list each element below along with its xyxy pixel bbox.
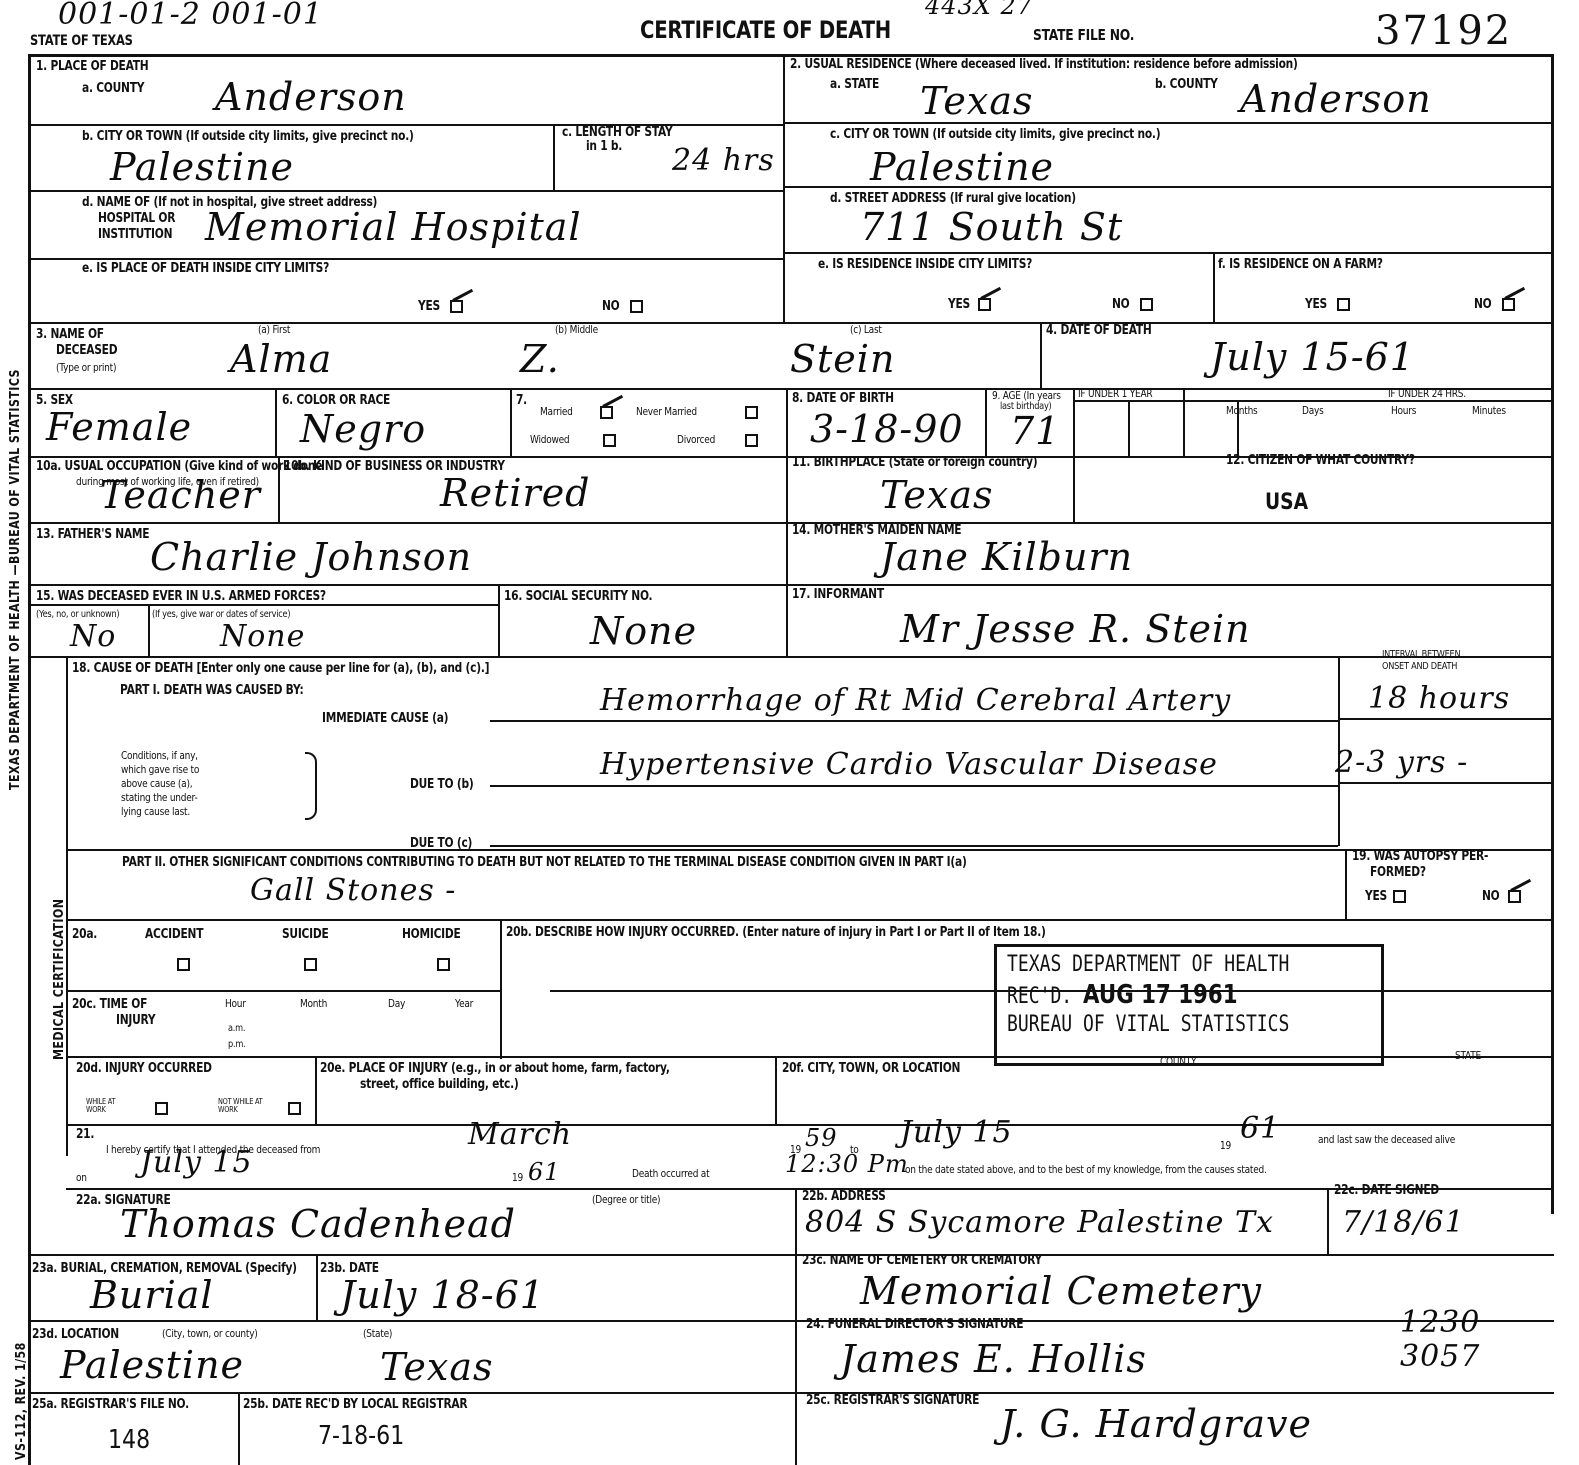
received-stamp: TEXAS DEPARTMENT OF HEALTH REC'D. AUG 17… [994, 944, 1384, 1066]
suicide-checkbox[interactable] [304, 958, 317, 971]
residence-street-label: d. STREET ADDRESS (If rural give locatio… [830, 192, 1076, 206]
conditions-note-3: above cause (a), [121, 778, 192, 790]
minutes-label: Minutes [1472, 405, 1506, 417]
informant-value: Mr Jesse R. Stein [900, 610, 1251, 648]
time-of-injury-label-2: INJURY [116, 1014, 155, 1028]
residence-state-label: a. STATE [830, 78, 879, 92]
last-seen-year-prefix: 19 [512, 1172, 523, 1184]
hospital-label-2: HOSPITAL OR [98, 212, 175, 226]
am-label: a.m. [228, 1024, 245, 1035]
attended-to-year: 61 [1240, 1114, 1280, 1144]
certification-text-3: on the date stated above, and to the bes… [905, 1164, 1267, 1176]
year-label: Year [455, 998, 473, 1010]
death-inside-city-no-checkbox[interactable] [630, 300, 643, 313]
registrar-file-no-value: 148 [108, 1425, 150, 1455]
burial-date-value: July 18-61 [340, 1276, 545, 1314]
month-label: Month [300, 998, 327, 1010]
certificate-title: CERTIFICATE OF DEATH [640, 18, 891, 43]
state-file-no-label: STATE FILE NO. [1033, 28, 1134, 44]
age-value: 71 [1010, 412, 1060, 450]
certification-number: 21. [76, 1128, 94, 1142]
medical-certification-label: MEDICAL CERTIFICATION [52, 899, 67, 1060]
date-of-death-label: 4. DATE OF DEATH [1046, 324, 1152, 338]
armed-forces-war-value: None [220, 622, 305, 652]
death-inside-city-yes-checkbox[interactable] [450, 300, 463, 313]
due-to-b-value: Hypertensive Cardio Vascular Disease [600, 750, 1218, 780]
hour-label: Hour [225, 998, 246, 1010]
mother-value: Jane Kilburn [880, 538, 1133, 576]
under-1-year-label: IF UNDER 1 YEAR [1078, 388, 1152, 400]
deceased-name-label-2: DECEASED [56, 344, 117, 358]
length-of-stay-label: c. LENGTH OF STAY [562, 126, 672, 140]
deceased-name-label-3: (Type or print) [56, 362, 116, 374]
first-name-value: Alma [230, 340, 332, 378]
residence-inside-city-label: e. IS RESIDENCE INSIDE CITY LIMITS? [818, 258, 1032, 272]
residence-inside-city-yes-checkbox[interactable] [978, 298, 991, 311]
autopsy-yes-label: YES [1365, 890, 1387, 904]
autopsy-yes-checkbox[interactable] [1393, 890, 1406, 903]
marital-label: 7. [516, 394, 527, 408]
date-signed-label: 22c. DATE SIGNED [1334, 1184, 1439, 1198]
farm-label: f. IS RESIDENCE ON A FARM? [1218, 258, 1383, 272]
autopsy-label-2: FORMED? [1370, 866, 1426, 880]
race-value: Negro [300, 410, 426, 448]
ssn-label: 16. SOCIAL SECURITY NO. [504, 590, 652, 604]
physician-address-label: 22b. ADDRESS [802, 1190, 886, 1204]
interval-label: INTERVAL BETWEEN [1382, 650, 1460, 661]
residence-city-value: Palestine [870, 148, 1054, 186]
hours-label: Hours [1391, 405, 1416, 417]
interval-b-value: 2-3 yrs - [1335, 748, 1468, 778]
birthplace-value: Texas [880, 476, 993, 514]
injury-state-label: STATE [1455, 1050, 1481, 1062]
state-label: STATE OF TEXAS [30, 34, 133, 49]
residence-street-value: 711 South St [860, 208, 1123, 246]
citizen-label: 12. CITIZEN OF WHAT COUNTRY? [1226, 454, 1415, 468]
race-label: 6. COLOR OR RACE [282, 394, 390, 408]
cemetery-value: Memorial Cemetery [860, 1272, 1262, 1310]
day-label: Day [388, 998, 405, 1010]
dob-label: 8. DATE OF BIRTH [792, 392, 894, 406]
place-of-death-label: 1. PLACE OF DEATH [36, 60, 148, 74]
handwritten-file-codes: 001-01-2 001-01 [58, 0, 323, 30]
days-label: Days [1302, 405, 1324, 417]
injury-occurred-label: 20d. INJURY OCCURRED [76, 1062, 212, 1076]
marital-never-married-checkbox[interactable] [745, 406, 758, 419]
local-registrar-date-value: 7-18-61 [318, 1421, 404, 1451]
marital-widowed-label: Widowed [530, 434, 569, 446]
handwritten-code-right: 443X 27 [925, 0, 1033, 18]
residence-county-label: b. COUNTY [1155, 78, 1218, 92]
residence-city-label: c. CITY OR TOWN (If outside city limits,… [830, 128, 1160, 142]
certification-text-2: and last saw the deceased alive [1318, 1134, 1455, 1146]
stamp-line-2: REC'D. AUG 17 1961 [1007, 979, 1305, 1012]
not-while-at-work-checkbox[interactable] [288, 1102, 301, 1115]
immediate-cause-value: Hemorrhage of Rt Mid Cerebral Artery [600, 686, 1231, 716]
registrar-signature-label: 25c. REGISTRAR'S SIGNATURE [806, 1394, 979, 1408]
registrar-signature: J. G. Hardgrave [1000, 1405, 1312, 1443]
location-state-value: Texas [380, 1348, 493, 1386]
marital-divorced-label: Divorced [677, 434, 715, 446]
farm-no-label: NO [1474, 298, 1492, 312]
deceased-name-label: 3. NAME OF [36, 328, 104, 342]
location-sublabel: (City, town, or county) [162, 1328, 258, 1340]
injury-type-label: 20a. [72, 928, 97, 942]
attended-from-month: March [468, 1120, 572, 1150]
suicide-label: SUICIDE [282, 928, 329, 942]
physician-signature: Thomas Cadenhead [120, 1205, 516, 1243]
citizen-value: USA [1265, 490, 1308, 515]
funeral-director-signature: James E. Hollis [840, 1340, 1147, 1378]
residence-inside-city-yes-label: YES [948, 298, 970, 312]
marital-married-checkbox[interactable] [600, 406, 613, 419]
death-city-label: b. CITY OR TOWN (If outside city limits,… [82, 130, 414, 144]
autopsy-label: 19. WAS AUTOPSY PER- [1352, 850, 1488, 864]
ssn-value: None [590, 612, 697, 650]
first-name-label: (a) First [258, 324, 290, 336]
occupation-label: 10a. USUAL OCCUPATION (Give kind of work… [36, 460, 322, 474]
while-at-work-checkbox[interactable] [155, 1102, 168, 1115]
place-of-injury-label-2: street, office building, etc.) [360, 1078, 519, 1092]
marital-never-married-label: Never Married [636, 406, 697, 418]
length-of-stay-value: 24 hrs [672, 146, 775, 176]
father-value: Charlie Johnson [150, 538, 472, 576]
conditions-note-1: Conditions, if any, [121, 750, 198, 762]
occupation-value: Teacher [100, 476, 261, 514]
part2-value: Gall Stones - [250, 876, 456, 906]
autopsy-no-checkbox[interactable] [1508, 890, 1521, 903]
funeral-director-no-1: 1230 [1400, 1308, 1480, 1338]
immediate-cause-label: IMMEDIATE CAUSE (a) [322, 712, 448, 726]
stamp-line-3: BUREAU OF VITAL STATISTICS [1007, 1011, 1305, 1039]
physician-address-value: 804 S Sycamore Palestine Tx [805, 1208, 1274, 1238]
stamp-line-1: TEXAS DEPARTMENT OF HEALTH [1007, 951, 1305, 979]
to-year-prefix: 19 [1220, 1140, 1231, 1152]
dob-value: 3-18-90 [810, 410, 964, 448]
residence-inside-city-no-label: NO [1112, 298, 1130, 312]
injury-city-label: 20f. CITY, TOWN, OR LOCATION [782, 1062, 960, 1076]
farm-yes-checkbox[interactable] [1337, 298, 1350, 311]
stamp-received-prefix: REC'D. [1007, 984, 1072, 1009]
homicide-label: HOMICIDE [402, 928, 461, 942]
last-name-value: Stein [790, 340, 895, 378]
months-label: Months [1226, 405, 1258, 417]
burial-value: Burial [90, 1276, 214, 1314]
state-file-no: 37192 [1375, 8, 1512, 54]
death-time-value: 12:30 Pm [785, 1152, 909, 1176]
location-value: Palestine [60, 1346, 244, 1384]
time-of-injury-label: 20c. TIME OF [72, 998, 147, 1012]
conditions-note-4: stating the under- [121, 792, 197, 804]
death-occurred-label: Death occurred at [632, 1168, 709, 1180]
form-revision: VS-112, REV. 1/58 [14, 1342, 29, 1460]
middle-name-value: Z. [520, 340, 560, 378]
death-county-label: a. COUNTY [82, 82, 144, 96]
age-label: 9. AGE (In years [992, 390, 1061, 402]
hospital-value: Memorial Hospital [205, 208, 582, 246]
funeral-director-label: 24. FUNERAL DIRECTOR'S SIGNATURE [806, 1318, 1023, 1332]
part1-label: PART I. DEATH WAS CAUSED BY: [120, 684, 304, 698]
marital-divorced-checkbox[interactable] [745, 434, 758, 447]
death-city-value: Palestine [110, 148, 294, 186]
describe-injury-label: 20b. DESCRIBE HOW INJURY OCCURRED. (Ente… [506, 926, 1046, 940]
death-inside-city-no-label: NO [602, 300, 620, 314]
autopsy-no-label: NO [1482, 890, 1500, 904]
accident-checkbox[interactable] [177, 958, 190, 971]
residence-inside-city-no-checkbox[interactable] [1140, 298, 1153, 311]
sex-value: Female [46, 408, 192, 446]
marital-married-label: Married [540, 406, 573, 418]
residence-label: 2. USUAL RESIDENCE (Where deceased lived… [790, 58, 1298, 72]
funeral-director-no-2: 3057 [1400, 1342, 1480, 1372]
last-name-label: (c) Last [850, 324, 882, 336]
residence-state-value: Texas [920, 82, 1033, 120]
not-while-at-work-label: NOT WHILE AT WORK [218, 1098, 267, 1115]
interval-a-value: 18 hours [1368, 684, 1510, 714]
degree-label: (Degree or title) [592, 1194, 660, 1206]
place-of-injury-label: 20e. PLACE OF INJURY (e.g., in or about … [320, 1062, 670, 1076]
death-county-value: Anderson [215, 78, 407, 116]
attended-to-date: July 15 [900, 1118, 1013, 1148]
due-to-c-label: DUE TO (c) [410, 837, 472, 851]
last-seen-date: July 15 [140, 1148, 253, 1178]
conditions-note-2: which gave rise to [121, 764, 199, 776]
middle-name-label: (b) Middle [555, 324, 598, 336]
under-24-hrs-label: IF UNDER 24 HRS. [1388, 388, 1466, 400]
location-label: 23d. LOCATION [32, 1328, 119, 1342]
armed-forces-label: 15. WAS DECEASED EVER IN U.S. ARMED FORC… [36, 590, 326, 604]
marital-widowed-checkbox[interactable] [603, 434, 616, 447]
residence-county-value: Anderson [1240, 80, 1432, 118]
part2-label: PART II. OTHER SIGNIFICANT CONDITIONS CO… [122, 856, 967, 870]
informant-label: 17. INFORMANT [792, 588, 884, 602]
pm-label: p.m. [228, 1040, 245, 1051]
cause-of-death-label: 18. CAUSE OF DEATH [Enter only one cause… [72, 662, 489, 676]
homicide-checkbox[interactable] [437, 958, 450, 971]
interval-label-2: ONSET AND DEATH [1382, 662, 1457, 673]
conditions-note-5: lying cause last. [121, 806, 190, 818]
father-label: 13. FATHER'S NAME [36, 528, 149, 542]
on-label: on [76, 1172, 87, 1184]
cemetery-label: 23c. NAME OF CEMETERY OR CREMATORY [802, 1254, 1042, 1268]
location-state-sublabel: (State) [363, 1328, 392, 1340]
attended-from-year: 59 [805, 1126, 838, 1150]
death-inside-city-yes-label: YES [418, 300, 440, 314]
while-at-work-label: WHILE AT WORK [86, 1098, 131, 1115]
farm-no-checkbox[interactable] [1502, 298, 1515, 311]
death-inside-city-label: e. IS PLACE OF DEATH INSIDE CITY LIMITS? [82, 262, 329, 276]
length-of-stay-sublabel: in 1 b. [586, 140, 622, 154]
industry-value: Retired [440, 474, 591, 512]
farm-yes-label: YES [1305, 298, 1327, 312]
due-to-b-label: DUE TO (b) [410, 778, 473, 792]
margin-department-text: TEXAS DEPARTMENT OF HEALTH —BUREAU OF VI… [8, 369, 23, 790]
stamp-received-date: AUG 17 1961 [1083, 980, 1238, 1010]
accident-label: ACCIDENT [145, 928, 203, 942]
last-seen-year: 61 [528, 1160, 561, 1184]
date-of-death-value: July 15-61 [1210, 338, 1415, 376]
birthplace-label: 11. BIRTHPLACE (State or foreign country… [792, 456, 1037, 470]
date-signed-value: 7/18/61 [1342, 1208, 1465, 1238]
local-registrar-date-label: 25b. DATE REC'D BY LOCAL REGISTRAR [243, 1398, 467, 1412]
armed-forces-value: No [70, 622, 116, 652]
conditions-bracket [305, 752, 317, 820]
registrar-file-no-label: 25a. REGISTRAR'S FILE NO. [32, 1398, 189, 1412]
hospital-label-3: INSTITUTION [98, 228, 172, 242]
